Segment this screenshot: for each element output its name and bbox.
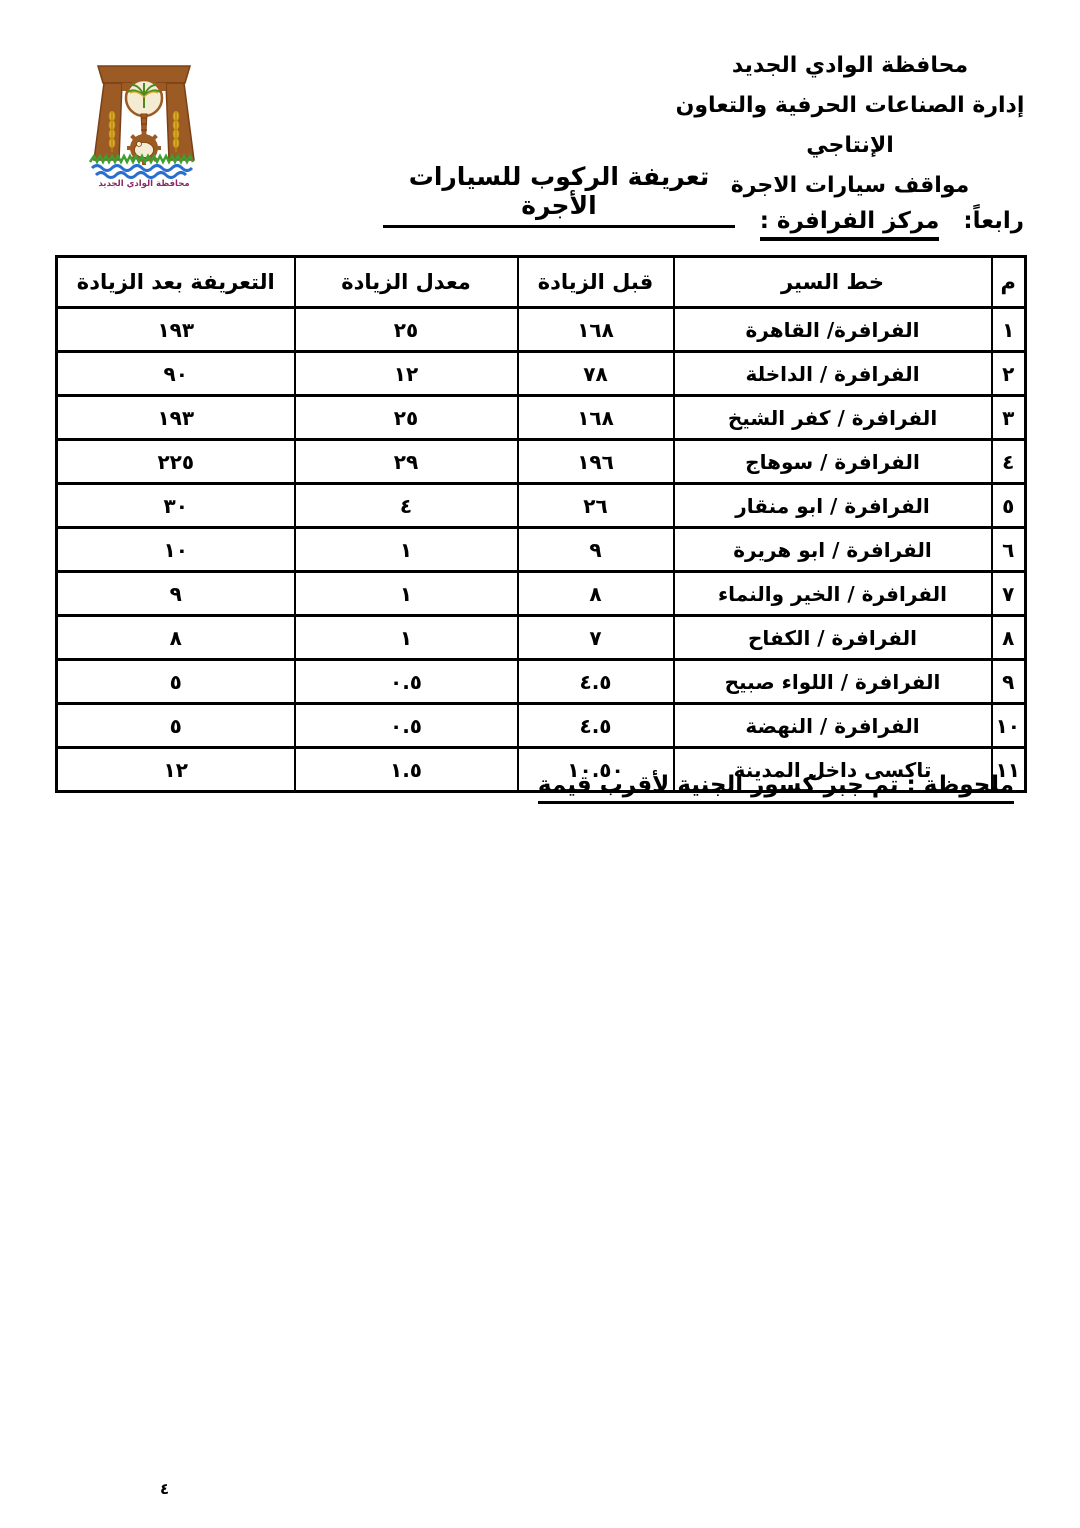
route-cell: الفرافرة / اللواء صبيح [674, 660, 992, 704]
before-increase-cell: ١٦٨ [518, 308, 674, 352]
before-increase-cell: ٢٦ [518, 484, 674, 528]
org-line-department: إدارة الصناعات الحرفية والتعاون الإنتاجي [650, 86, 1050, 166]
serial-cell: ١٠ [992, 704, 1026, 748]
after-increase-cell: ٩ [57, 572, 295, 616]
table-row: ٩الفرافرة / اللواء صبيح٤.٥٠.٥٥ [57, 660, 1026, 704]
increase-rate-cell: ١ [295, 572, 518, 616]
before-increase-cell: ٩ [518, 528, 674, 572]
after-increase-cell: ١٠ [57, 528, 295, 572]
route-cell: الفرافرة / الخير والنماء [674, 572, 992, 616]
serial-cell: ٩ [992, 660, 1026, 704]
route-cell: الفرافرة / سوهاج [674, 440, 992, 484]
table-row: ٤الفرافرة / سوهاج١٩٦٢٩٢٢٥ [57, 440, 1026, 484]
before-increase-cell: ٧٨ [518, 352, 674, 396]
after-increase-cell: ٥ [57, 704, 295, 748]
fare-table: م خط السير قبل الزيادة معدل الزيادة التع… [55, 255, 1027, 793]
increase-rate-cell: ٠.٥ [295, 704, 518, 748]
before-increase-cell: ١٩٦ [518, 440, 674, 484]
water-waves-icon [92, 166, 192, 178]
after-increase-cell: ٥ [57, 660, 295, 704]
route-cell: الفرافرة / النهضة [674, 704, 992, 748]
increase-rate-cell: ١ [295, 616, 518, 660]
document-page: محافظة الوادي الجديد محافظة الوادي الجدي… [0, 0, 1080, 1528]
serial-cell: ٨ [992, 616, 1026, 660]
increase-rate-cell: ٤ [295, 484, 518, 528]
increase-rate-cell: ١٢ [295, 352, 518, 396]
table-row: ١الفرافرة/ القاهرة١٦٨٢٥١٩٣ [57, 308, 1026, 352]
table-row: ٨الفرافرة / الكفاح٧١٨ [57, 616, 1026, 660]
route-cell: الفرافرة / كفر الشيخ [674, 396, 992, 440]
table-row: ١٠الفرافرة / النهضة٤.٥٠.٥٥ [57, 704, 1026, 748]
header-route: خط السير [674, 257, 992, 308]
footnote: ملحوظة : تم جبر كسور الجنية لأقرب قيمة [538, 772, 1014, 804]
table-header-row: م خط السير قبل الزيادة معدل الزيادة التع… [57, 257, 1026, 308]
route-cell: الفرافرة / ابو هريرة [674, 528, 992, 572]
header-increase-rate: معدل الزيادة [295, 257, 518, 308]
header-before-increase: قبل الزيادة [518, 257, 674, 308]
serial-cell: ١ [992, 308, 1026, 352]
increase-rate-cell: ٠.٥ [295, 660, 518, 704]
fare-table-body: ١الفرافرة/ القاهرة١٦٨٢٥١٩٣٢الفرافرة / ال… [57, 308, 1026, 792]
after-increase-cell: ١٩٣ [57, 308, 295, 352]
before-increase-cell: ١٦٨ [518, 396, 674, 440]
page-title: تعريفة الركوب للسيارات الأجرة [383, 162, 735, 228]
org-line-governorate: محافظة الوادي الجديد [650, 46, 1050, 86]
before-increase-cell: ٤.٥ [518, 704, 674, 748]
serial-cell: ٧ [992, 572, 1026, 616]
after-increase-cell: ٣٠ [57, 484, 295, 528]
table-row: ٧الفرافرة / الخير والنماء٨١٩ [57, 572, 1026, 616]
increase-rate-cell: ٢٥ [295, 308, 518, 352]
page-number: ٤ [160, 1480, 169, 1498]
before-increase-cell: ٤.٥ [518, 660, 674, 704]
section-heading: رابعاً: مركز الفرافرة : [760, 208, 1024, 241]
increase-rate-cell: ٢٩ [295, 440, 518, 484]
serial-cell: ٥ [992, 484, 1026, 528]
after-increase-cell: ١٢ [57, 748, 295, 792]
route-cell: الفرافرة / ابو منقار [674, 484, 992, 528]
route-cell: الفرافرة / الكفاح [674, 616, 992, 660]
governorate-logo: محافظة الوادي الجديد [82, 56, 206, 188]
before-increase-cell: ٨ [518, 572, 674, 616]
table-row: ٣الفرافرة / كفر الشيخ١٦٨٢٥١٩٣ [57, 396, 1026, 440]
section-name: مركز الفرافرة : [760, 208, 940, 241]
serial-cell: ٢ [992, 352, 1026, 396]
logo-caption: محافظة الوادي الجديد [98, 179, 189, 188]
route-cell: الفرافرة/ القاهرة [674, 308, 992, 352]
header-serial: م [992, 257, 1026, 308]
serial-cell: ٤ [992, 440, 1026, 484]
table-row: ٦الفرافرة / ابو هريرة٩١١٠ [57, 528, 1026, 572]
table-row: ٥الفرافرة / ابو منقار٢٦٤٣٠ [57, 484, 1026, 528]
before-increase-cell: ٧ [518, 616, 674, 660]
new-valley-governorate-logo-icon: محافظة الوادي الجديد [82, 56, 206, 188]
after-increase-cell: ٨ [57, 616, 295, 660]
header-tariff-after-increase: التعريفة بعد الزيادة [57, 257, 295, 308]
after-increase-cell: ١٩٣ [57, 396, 295, 440]
increase-rate-cell: ١ [295, 528, 518, 572]
route-cell: الفرافرة / الداخلة [674, 352, 992, 396]
increase-rate-cell: ٢٥ [295, 396, 518, 440]
after-increase-cell: ٢٢٥ [57, 440, 295, 484]
after-increase-cell: ٩٠ [57, 352, 295, 396]
section-prefix: رابعاً: [963, 208, 1024, 234]
serial-cell: ٦ [992, 528, 1026, 572]
serial-cell: ٣ [992, 396, 1026, 440]
increase-rate-cell: ١.٥ [295, 748, 518, 792]
table-row: ٢الفرافرة / الداخلة٧٨١٢٩٠ [57, 352, 1026, 396]
